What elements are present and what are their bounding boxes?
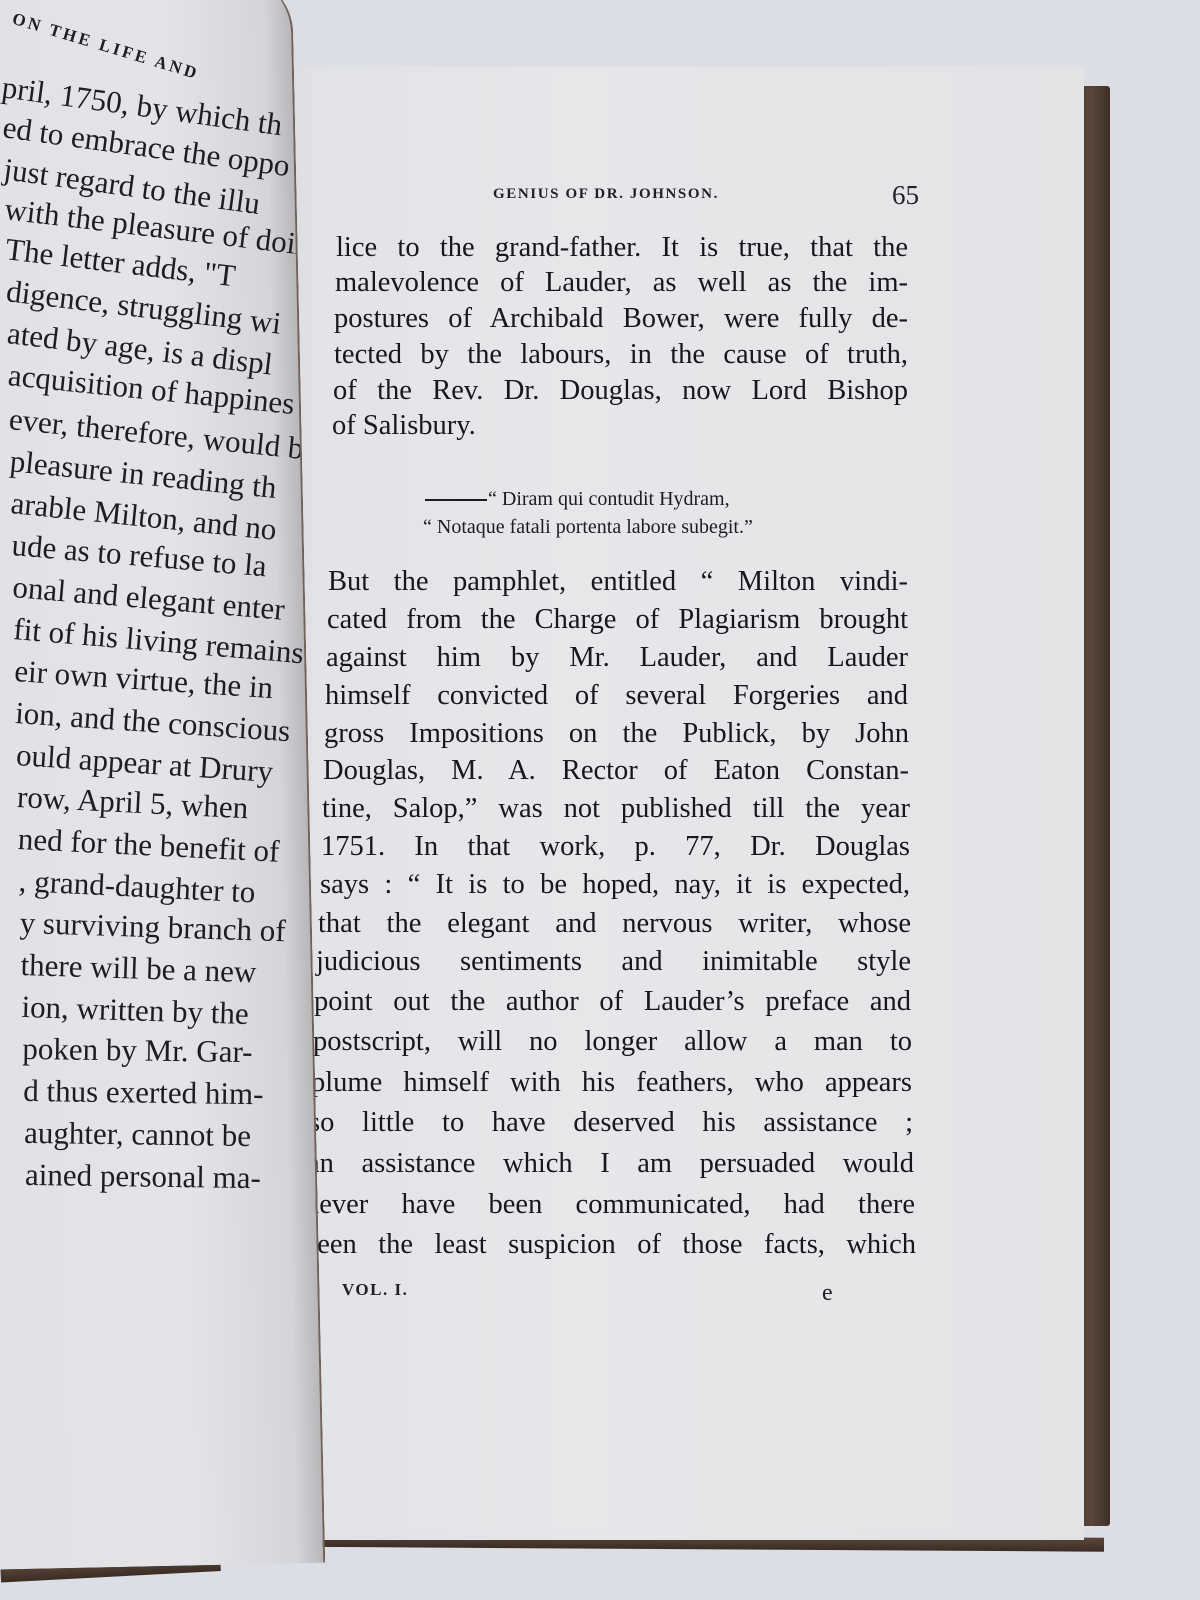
text-line: says : “ It is to be hoped, nay, it is e… [320,869,910,901]
text-line: Douglas, M. A. Rector of Eaton Constan- [323,755,909,787]
text-line: been the least suspicion of those facts,… [303,1229,916,1261]
text-line: tected by the labours, in the cause of t… [334,339,908,371]
text-line: ned for the benefit of [17,821,280,870]
text-line: aughter, cannot be [24,1115,251,1154]
text-line: tine, Salop,” was not published till the… [322,793,910,825]
text-line: of the Rev. Dr. Douglas, now Lord Bishop [333,375,908,407]
volume-signature: VOL. I. [342,1280,408,1300]
text-line: there will be a new [20,947,257,990]
text-line: that the elegant and nervous writer, who… [318,908,911,940]
text-line: against him by Mr. Lauder, and Lauder [326,642,908,674]
em-dash-rule [425,499,487,501]
text-line: poken by Mr. Gar- [22,1031,253,1070]
text-line: judicious sentiments and inimitable styl… [316,946,911,978]
text-line: ained personal ma- [25,1157,261,1196]
text-line: point out the author of Lauder’s preface… [314,986,911,1018]
text-line: malevolence of Lauder, as well as the im… [335,267,908,299]
text-line: ion, written by the [21,989,249,1032]
text-line: postscript, will no longer allow a man t… [313,1026,912,1058]
text-line: 1751. In that work, p. 77, Dr. Douglas [321,831,910,863]
text-line: of Salisbury. [332,410,476,442]
text-line: so little to have deserved his assistanc… [309,1107,913,1139]
book-photo: GENIUS OF DR. JOHNSON. 65 lice to the gr… [0,0,1200,1600]
left-page: ON THE LIFE AND pril, 1750, by which th … [0,0,325,1570]
text-line: d thus exerted him- [23,1073,264,1112]
text-line: plume himself with his feathers, who app… [311,1067,912,1099]
right-running-head: GENIUS OF DR. JOHNSON. [493,186,719,203]
page-number: 65 [892,180,919,211]
text-line: But the pamphlet, entitled “ Milton vind… [328,566,908,598]
text-line: lice to the grand-father. It is true, th… [336,232,908,264]
left-running-head: ON THE LIFE AND [10,9,202,84]
text-line: himself convicted of several Forgeries a… [325,680,908,712]
quotation-line: “ Notaque fatali portenta labore subegit… [423,516,753,539]
text-line: , grand-daughter to [18,863,256,911]
quotation-line: “ Diram qui contudit Hydram, [425,488,730,511]
text-line: never have been communicated, had there [305,1189,915,1221]
text-line: gross Impositions on the Publick, by Joh… [324,718,909,750]
text-line: y surviving branch of [19,905,286,949]
text-line: an assistance which I am persuaded would [307,1148,914,1180]
gathering-mark: e [822,1280,833,1307]
text-line: postures of Archibald Bower, were fully … [334,303,908,335]
text-line: cated from the Charge of Plagiarism brou… [327,604,908,636]
